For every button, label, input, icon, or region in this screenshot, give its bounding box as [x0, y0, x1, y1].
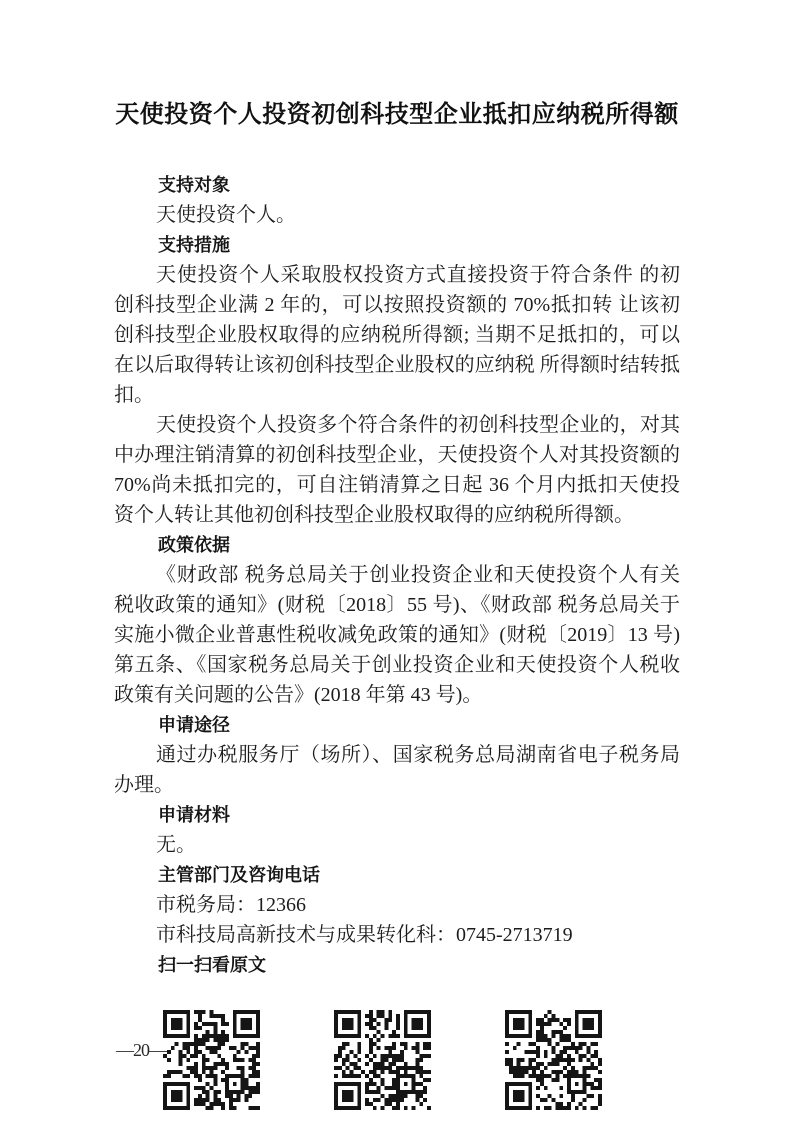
document-content: 天使投资个人投资初创科技型企业抵扣应纳税所得额 支持对象 天使投资个人。 支持措… — [114, 0, 680, 1110]
paragraph-application-channel: 通过办税服务厅（场所）、国家税务总局湖南省电子税务局办理。 — [114, 740, 680, 800]
paragraph-tax-bureau-phone: 市税务局：12366 — [114, 890, 680, 920]
section-heading-policy-basis: 政策依据 — [114, 530, 680, 560]
page-number: —20— — [116, 1040, 166, 1061]
paragraph-application-materials: 无。 — [114, 830, 680, 860]
section-heading-support-measures: 支持措施 — [114, 230, 680, 260]
paragraph-science-bureau-phone: 市科技局高新技术与成果转化科：0745-2713719 — [114, 920, 680, 950]
paragraph-support-target: 天使投资个人。 — [114, 200, 680, 230]
section-heading-scan-original: 扫一扫看原文 — [114, 950, 680, 980]
section-heading-department-contact: 主管部门及咨询电话 — [114, 860, 680, 890]
section-heading-support-target: 支持对象 — [114, 170, 680, 200]
section-heading-application-materials: 申请材料 — [114, 800, 680, 830]
paragraph-measures-1: 天使投资个人采取股权投资方式直接投资于符合条件 的初创科技型企业满 2 年的，可… — [114, 260, 680, 410]
document-page: 天使投资个人投资初创科技型企业抵扣应纳税所得额 支持对象 天使投资个人。 支持措… — [0, 0, 793, 1122]
qr-code-row — [163, 1010, 680, 1110]
paragraph-policy-basis: 《财政部 税务总局关于创业投资企业和天使投资个人有关税收政策的通知》(财税〔20… — [114, 560, 680, 710]
paragraph-measures-2: 天使投资个人投资多个符合条件的初创科技型企业的，对其中办理注销清算的初创科技型企… — [114, 410, 680, 530]
qr-code-3-icon — [505, 1010, 602, 1110]
page-title: 天使投资个人投资初创科技型企业抵扣应纳税所得额 — [114, 97, 680, 133]
section-heading-application-channel: 申请途径 — [114, 710, 680, 740]
qr-code-1-icon — [163, 1010, 260, 1110]
qr-code-2-icon — [334, 1010, 431, 1110]
